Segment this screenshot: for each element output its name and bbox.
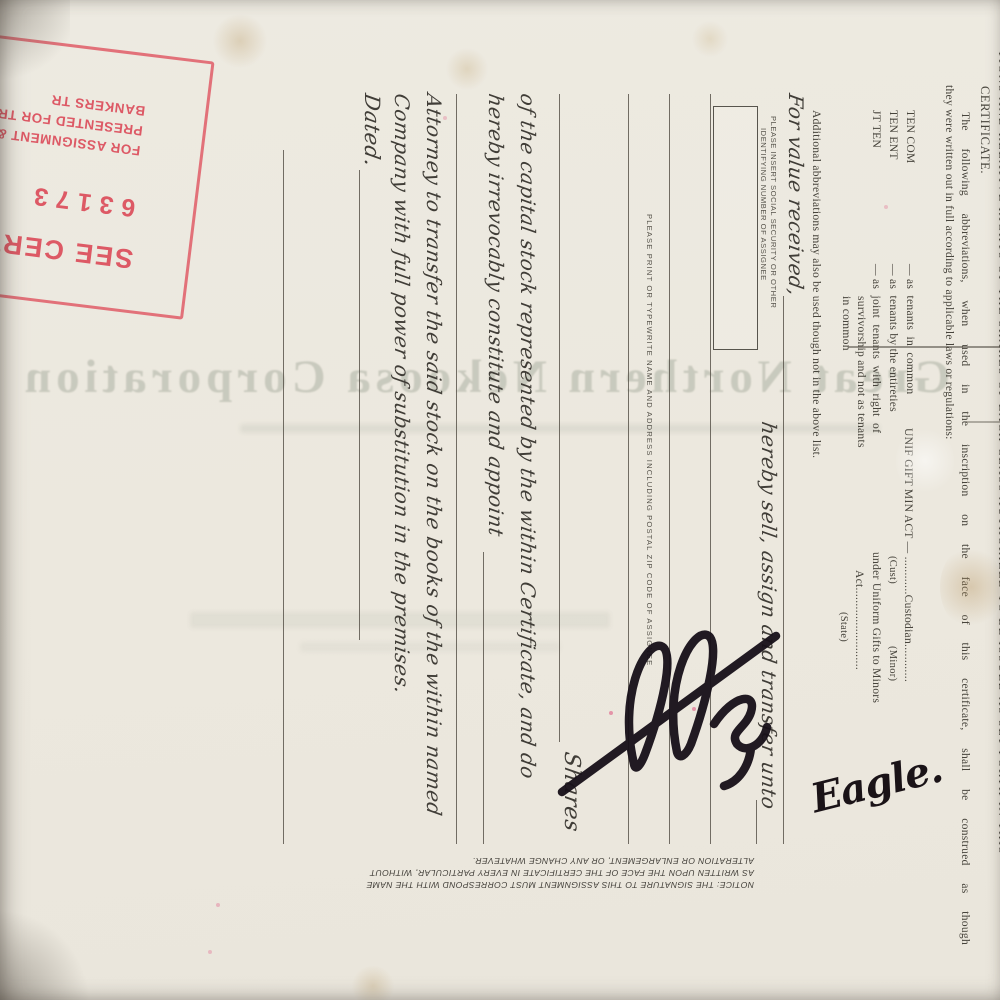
- notice-line-3: ALTERATION OR ENLARGEMENT, OR ANY CHANGE…: [330, 855, 754, 867]
- pink-speck: [692, 707, 696, 711]
- fold-crease: [848, 346, 1000, 348]
- pink-speck: [443, 116, 447, 120]
- company-substitution-text: Company with full power of substitution …: [390, 92, 414, 696]
- pink-speck: [609, 711, 613, 715]
- dated-text: Dated.: [360, 92, 384, 169]
- additional-abbreviations-line: Additional abbreviations may also be use…: [810, 110, 822, 458]
- for-value-received-text: For value received,: [784, 92, 808, 298]
- abbr-ten-ent-def: — as tenants by the entireties: [887, 264, 899, 412]
- abbr-minor: (Minor): [887, 646, 898, 681]
- fill-line: [756, 800, 757, 844]
- notice-line-2: AS WRITTEN UPON THE FACE OF THE CERTIFIC…: [330, 867, 754, 879]
- abbr-jt-ten-def2: survivorship and not as tenants: [855, 296, 867, 448]
- abbr-state: (State): [838, 612, 849, 642]
- dated-fill-line: [359, 170, 360, 640]
- certificate-word: CERTIFICATE.: [977, 86, 992, 174]
- stamp-number: 63173: [25, 180, 137, 222]
- abbr-cust: (Cust): [887, 556, 898, 584]
- social-security-number-box: [713, 106, 758, 350]
- signature-fill-line: [283, 150, 284, 844]
- certificate-back-photo: Great Northern Nekoosa Corporation TIONS…: [0, 0, 1000, 1000]
- pink-speck: [216, 903, 220, 907]
- marker-signature-scrawl: [548, 602, 784, 806]
- pink-speck: [884, 205, 888, 209]
- capital-stock-text: of the capital stock represented by the …: [516, 92, 540, 781]
- typewrite-caption: PLEASE PRINT OR TYPEWRITE NAME AND ADDRE…: [645, 214, 654, 666]
- abbr-unif-gift: UNIF GIFT MIN ACT — ............Custodia…: [902, 428, 914, 682]
- attorney-transfer-text: Attorney to transfer the said stock on t…: [422, 92, 446, 818]
- clipped-top-text-line: TIONS AND RELATIVE RIGHTS OF THE SHARES …: [995, 50, 1000, 950]
- irrevocably-appoint-text: hereby irrevocably constitute and appoin…: [484, 92, 508, 538]
- insert-ssn-caption-2: IDENTIFYING NUMBER OF ASSIGNEE: [759, 128, 768, 281]
- fold-crease: [966, 421, 1000, 423]
- bank-transfer-stamp: SEE CERTIF 63173 FOR ASSIGNMENT & PRESEN…: [0, 20, 215, 319]
- abbr-jt-ten-def: — as joint tenants with right of: [870, 264, 882, 433]
- abbr-jt-ten: JT TEN: [870, 110, 882, 148]
- intro-line-1: The following abbreviations, when used i…: [959, 112, 971, 945]
- abbr-act: Act..........................: [853, 570, 865, 670]
- abbr-jt-ten-def3: in common: [840, 296, 852, 351]
- intro-line-2: they were written out in full according …: [943, 85, 955, 440]
- abbr-ten-com-def: — as tenants in common: [904, 264, 916, 394]
- abbr-under-uniform: under Uniform Gifts to Minors: [870, 552, 882, 703]
- notice-line-1: NOTICE: THE SIGNATURE TO THIS ASSIGNMENT…: [330, 879, 754, 891]
- attorney-fill-line: [456, 94, 457, 844]
- abbr-ten-ent: TEN ENT: [887, 110, 899, 160]
- insert-ssn-caption-1: PLEASE INSERT SOCIAL SECURITY OR OTHER: [769, 116, 778, 308]
- fill-line: [483, 552, 484, 844]
- stamp-see-certificate: SEE CERTIF: [0, 222, 135, 275]
- notice-text: NOTICE: THE SIGNATURE TO THIS ASSIGNMENT…: [330, 851, 754, 891]
- pink-speck: [208, 950, 212, 954]
- abbr-ten-com: TEN COM: [904, 110, 916, 164]
